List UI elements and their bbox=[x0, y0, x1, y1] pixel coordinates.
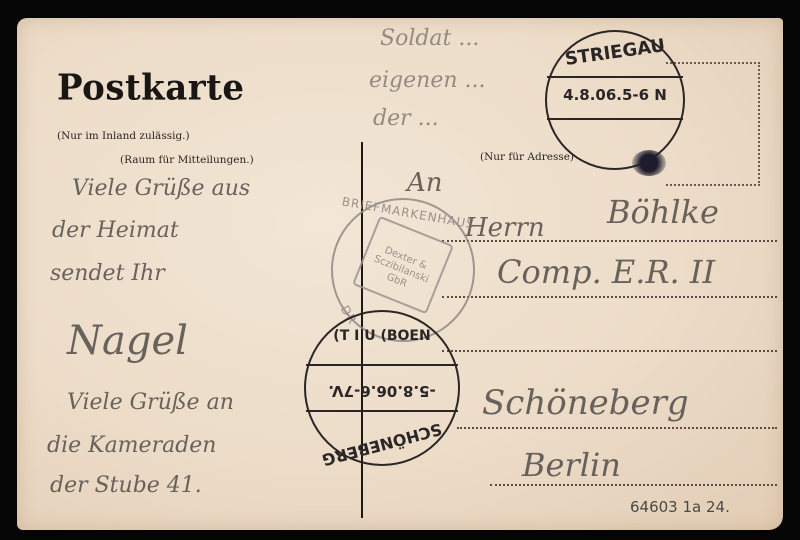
handwritten-message-line: die Kameraden bbox=[47, 433, 216, 458]
handwritten-top-line: Soldat ... bbox=[380, 26, 479, 51]
postcard: Postkarte (Nur im Inland zulässig.) (Rau… bbox=[17, 18, 783, 530]
postcard-title: Postkarte bbox=[57, 67, 245, 109]
handwritten-signature: Nagel bbox=[67, 318, 188, 364]
handwritten-address-line: Herrn bbox=[465, 213, 545, 243]
message-area-label: (Raum für Mitteilungen.) bbox=[120, 154, 254, 166]
handwritten-message-line: Viele Grüße an bbox=[67, 390, 234, 415]
handwritten-top-line: eigenen ... bbox=[369, 68, 486, 93]
postmark-top-text: (T I U (BOEN bbox=[306, 328, 458, 344]
postmark-destination: SCHÖNEBERG -5.8.06.6-7V. (T I U (BOEN bbox=[304, 310, 460, 466]
postmark-town: SCHÖNEBERG bbox=[306, 416, 458, 474]
address-line bbox=[442, 296, 777, 298]
handwritten-address-line: An bbox=[407, 168, 443, 198]
handwritten-address-line: Berlin bbox=[522, 446, 621, 484]
address-line bbox=[457, 427, 777, 429]
handwritten-top-line: der ... bbox=[373, 106, 439, 131]
handwritten-message-line: der Heimat bbox=[52, 218, 179, 243]
handwritten-message-line: sendet Ihr bbox=[50, 261, 165, 286]
handwritten-message-line: Viele Grüße aus bbox=[72, 176, 250, 201]
dealer-stamp-ring-text: BRIEFMARKENHAUS bbox=[341, 194, 476, 231]
address-line bbox=[442, 350, 777, 352]
postmark-date: 4.8.06.5-6 N bbox=[547, 86, 683, 104]
handwritten-address-line: Schöneberg bbox=[482, 383, 689, 423]
postmark-town: STRIEGAU bbox=[546, 33, 684, 73]
postmark-date: -5.8.06.6-7V. bbox=[306, 382, 458, 400]
handwritten-address-line: Böhlke bbox=[607, 193, 719, 231]
postmark-origin: STRIEGAU 4.8.06.5-6 N bbox=[545, 30, 685, 170]
handwritten-address-line: Comp. E.R. II bbox=[497, 253, 715, 291]
inland-note: (Nur im Inland zulässig.) bbox=[57, 130, 190, 142]
ink-blot bbox=[632, 150, 666, 176]
address-line bbox=[490, 484, 777, 486]
handwritten-message-line: der Stube 41. bbox=[50, 473, 202, 498]
address-area-label: (Nur für Adresse) bbox=[480, 151, 574, 163]
pencil-inventory-note: 64603 1a 24. bbox=[630, 498, 730, 516]
